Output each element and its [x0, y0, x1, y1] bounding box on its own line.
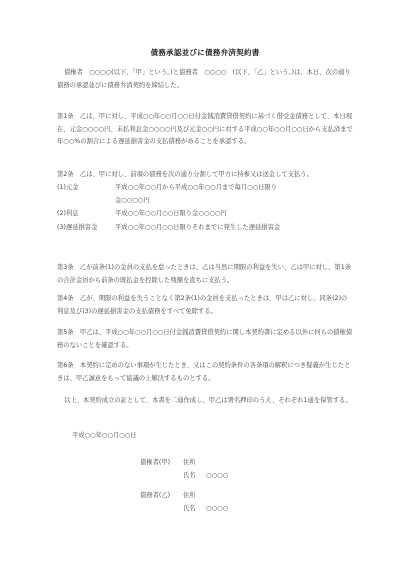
preamble: 債権者 ○○○○(以下、「甲」という。)と債務者 ○○○○ (以下、「乙」という…	[57, 67, 353, 92]
item-label: (1)元金	[57, 182, 115, 195]
item-value-continued: 金○○○○円	[115, 195, 150, 208]
creditor-name: ○○○○	[206, 470, 228, 483]
article-3: 第3条 乙が前条(1)の金員の支払を怠ったときは、乙は当然に期限の利益を失い、乙…	[57, 262, 353, 287]
item-label: (2)利息	[57, 208, 115, 221]
article-1: 第1条 乙は、甲に対し、平成○○年○○月○○日付金銭消費貸借契約に基づく借受金債…	[57, 111, 353, 149]
debtor-name: ○○○○	[206, 503, 228, 516]
document-title: 債務承認並びに債務弁済契約書	[0, 47, 410, 58]
closing-statement: 以上、本契約成立の証として、本書を二通作成し、甲乙は署名押印のうえ、それぞれ1通…	[57, 395, 353, 408]
article-2-item-2: (2)利息 平成○○年○○月○○日限り金○○○○円	[57, 208, 115, 221]
contract-date: 平成○○年○○月○○日	[72, 430, 136, 443]
debtor-name-label: 氏名	[183, 503, 196, 516]
debtor-address-label: 住所	[183, 490, 196, 503]
article-2-item-1-cont: 金○○○○円	[57, 195, 115, 208]
preamble-text: 債権者 ○○○○(以下、「甲」という。)と債務者 ○○○○ (以下、「乙」という…	[57, 69, 351, 89]
item-label: (3)遅延損害金	[57, 222, 115, 235]
article-2-item-1: (1)元金 平成○○年○○月から平成○○年○○月まで毎月○○日限り	[57, 182, 115, 195]
article-4: 第4条 乙が、期限の利益を失うことなく第2条(1)の金員を支払ったときは、甲は乙…	[57, 293, 353, 318]
item-value: 平成○○年○○月○○日限りそれまでに発生した遅延損害金	[115, 222, 280, 235]
article-2-item-3: (3)遅延損害金 平成○○年○○月○○日限りそれまでに発生した遅延損害金	[57, 222, 115, 235]
creditor-role: 債権者(甲)	[140, 457, 170, 470]
document-page: 債務承認並びに債務弁済契約書 債権者 ○○○○(以下、「甲」という。)と債務者 …	[0, 0, 410, 580]
item-value: 平成○○年○○月○○日限り金○○○○円	[115, 208, 227, 221]
item-value: 平成○○年○○月から平成○○年○○月まで毎月○○日限り	[115, 182, 277, 195]
closing-text: 以上、本契約成立の証として、本書を二通作成し、甲乙は署名押印のうえ、それぞれ1通…	[64, 397, 352, 404]
article-6: 第6条 本契約に定めのない事項が生じたとき、又はこの契約条件の各条項の解釈につき…	[57, 360, 353, 385]
debtor-role: 債務者(乙)	[140, 490, 170, 503]
creditor-address-label: 住所	[183, 457, 196, 470]
article-2: 第2条 乙は、甲に対し、前項の債務を次の通り分割して甲方に持参又は送金して支払う…	[57, 169, 353, 182]
creditor-name-label: 氏名	[183, 470, 196, 483]
article-5: 第5条 甲乙は、平成○○年○○月○○日付金銭消費貸借契約に関し本契約書に定める以…	[57, 327, 353, 352]
